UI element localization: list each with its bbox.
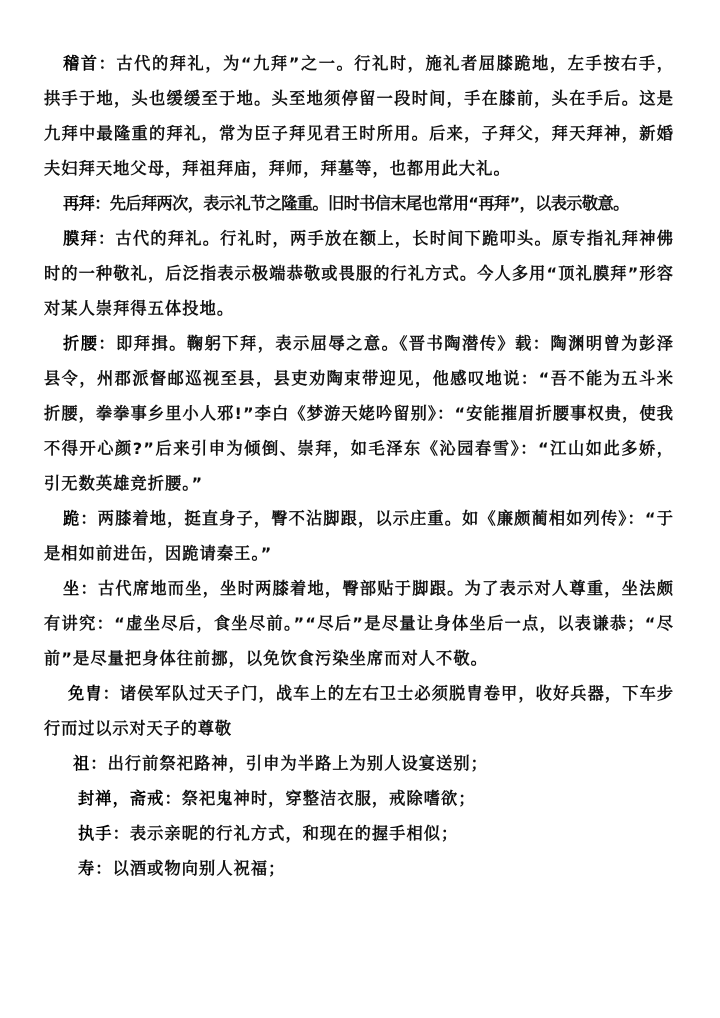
term-separator: ：: [80, 579, 97, 598]
term-separator: ：: [94, 194, 110, 213]
definition-gui: 两膝着地，挺直身子，臀不沾脚跟，以示庄重。如《廉颇蔺相如列传》：“于是相如前进缶…: [44, 509, 674, 563]
term-gui: 跪: [63, 509, 80, 528]
definition-zaibai: 先后拜两次，表示礼节之隆重。旧时书信末尾也常用“再拜”，以表示敬意。: [110, 194, 629, 213]
term-separator: ：: [164, 789, 181, 808]
term-mianzhou: 免胄: [68, 684, 103, 703]
term-zuo: 坐: [63, 579, 80, 598]
definition-shou: 以酒或物向别人祝福；: [113, 859, 286, 878]
document-page: 稽首：古代的拜礼，为“九拜”之一。行礼时，施礼者屈膝跪地，左手按右手，拱手于地，…: [44, 46, 674, 886]
definition-mianzhou: 诸侯军队过天子门，战车上的左右卫士必须脱胄卷甲，收好兵器，下车步行而过以示对天子…: [44, 684, 674, 738]
definition-mobai: 古代的拜礼。行礼时，两手放在额上，长时间下跪叩头。原专指礼拜神佛时的一种敬礼，后…: [44, 229, 674, 318]
term-separator: ：: [98, 229, 115, 248]
paragraph-mobai: 膜拜：古代的拜礼。行礼时，两手放在额上，长时间下跪叩头。原专指礼拜神佛时的一种敬…: [44, 221, 674, 326]
term-separator: ：: [95, 859, 112, 878]
term-zaibai: 再拜: [63, 194, 94, 213]
term-shou: 寿: [78, 859, 95, 878]
term-separator: ：: [80, 509, 97, 528]
definition-zheyao: 即拜揖。鞠躬下拜，表示屈辱之意。《晋书陶潜传》载：陶渊明曾为彭泽县令，州郡派督邮…: [44, 334, 674, 493]
paragraph-fengshan-zhaijie: 封禅，斋戒：祭祀鬼神时，穿整洁衣服，戒除嗜欲；: [44, 781, 674, 816]
term-separator: ：: [98, 334, 116, 353]
paragraph-zaibai: 再拜：先后拜两次，表示礼节之隆重。旧时书信末尾也常用“再拜”，以表示敬意。: [44, 186, 674, 221]
paragraph-zheyao: 折腰：即拜揖。鞠躬下拜，表示屈辱之意。《晋书陶潜传》载：陶渊明曾为彭泽县令，州郡…: [44, 326, 674, 501]
definition-fengshan-zhaijie: 祭祀鬼神时，穿整洁衣服，戒除嗜欲；: [182, 789, 476, 808]
term-qishou: 稽首: [63, 54, 99, 73]
term-separator: ：: [90, 754, 107, 773]
term-fengshan-zhaijie: 封禅，斋戒: [78, 789, 164, 808]
paragraph-zhishou: 执手：表示亲昵的行礼方式，和现在的握手相似；: [44, 816, 674, 851]
term-zheyao: 折腰: [63, 334, 98, 353]
paragraph-qishou: 稽首：古代的拜礼，为“九拜”之一。行礼时，施礼者屈膝跪地，左手按右手，拱手于地，…: [44, 46, 674, 186]
definition-zhishou: 表示亲昵的行礼方式，和现在的握手相似；: [130, 824, 458, 843]
term-zhishou: 执手: [78, 824, 113, 843]
term-separator: ：: [99, 54, 117, 73]
paragraph-zuo: 坐：古代席地而坐，坐时两膝着地，臀部贴于脚跟。为了表示对人尊重，坐法颇有讲究：“…: [44, 571, 674, 676]
paragraph-shou: 寿：以酒或物向别人祝福；: [44, 851, 674, 886]
paragraph-mianzhou: 免胄：诸侯军队过天子门，战车上的左右卫士必须脱胄卷甲，收好兵器，下车步行而过以示…: [44, 676, 674, 746]
term-separator: ：: [103, 684, 120, 703]
term-mobai: 膜拜: [63, 229, 98, 248]
definition-zu: 出行前祭祀路神，引申为半路上为别人设宴送别；: [108, 754, 488, 773]
term-separator: ：: [113, 824, 130, 843]
definition-qishou: 古代的拜礼，为“九拜”之一。行礼时，施礼者屈膝跪地，左手按右手，拱手于地，头也缓…: [44, 54, 674, 178]
paragraph-gui: 跪：两膝着地，挺直身子，臀不沾脚跟，以示庄重。如《廉颇蔺相如列传》：“于是相如前…: [44, 501, 674, 571]
definition-zuo: 古代席地而坐，坐时两膝着地，臀部贴于脚跟。为了表示对人尊重，坐法颇有讲究：“虚坐…: [44, 579, 674, 668]
paragraph-zu: 祖：出行前祭祀路神，引申为半路上为别人设宴送别；: [44, 746, 674, 781]
term-zu: 祖: [73, 754, 90, 773]
